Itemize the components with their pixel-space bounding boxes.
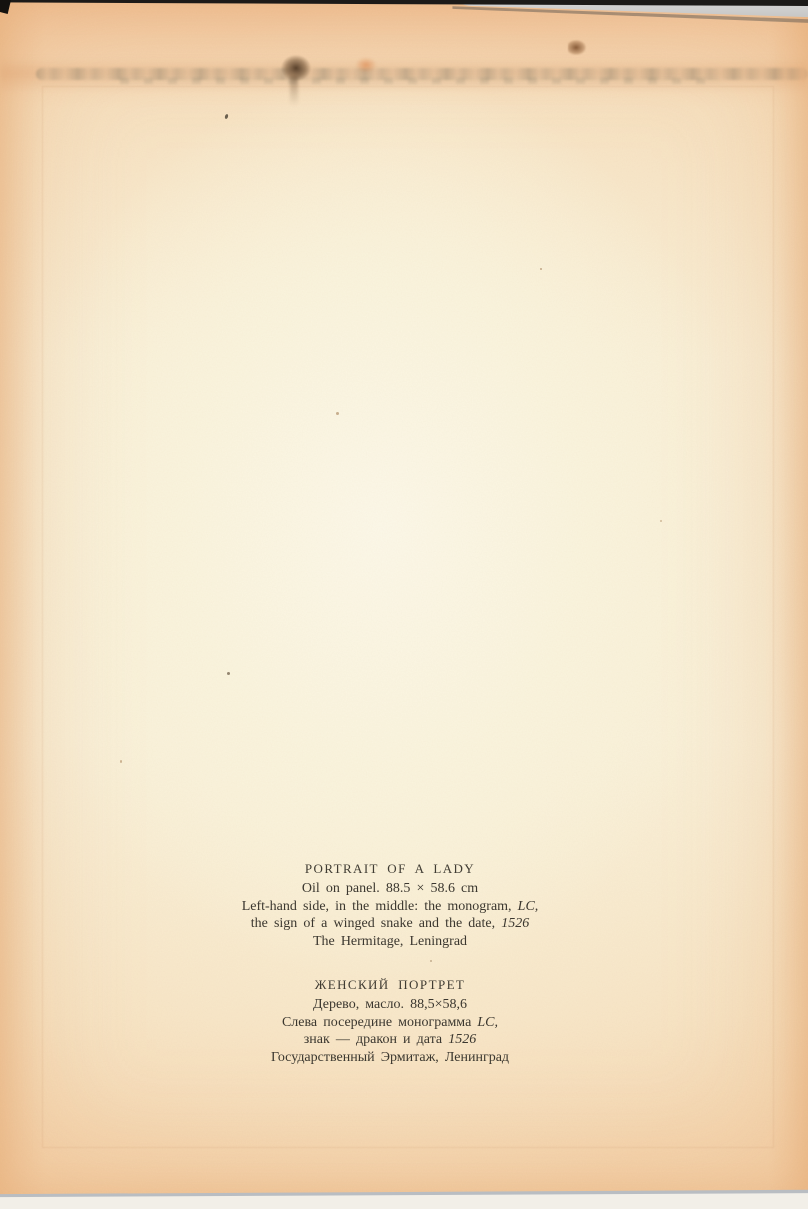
museum-line-english: The Hermitage, Leningrad <box>88 933 692 951</box>
inscription-line2-english: the sign of a winged snake and the date,… <box>88 915 692 933</box>
inscription-text: знак — дракон и дата <box>304 1032 448 1047</box>
museum-line-russian: Государственный Эрмитаж, Ленинград <box>88 1049 692 1067</box>
inscription-line1-russian: Слева посередине монограмма LC, <box>88 1014 692 1032</box>
inscription-text: Left-hand side, in the middle: the monog… <box>242 899 518 914</box>
caption-english: PORTRAIT OF A LADY Oil on panel. 88.5 × … <box>88 859 692 950</box>
artwork-title-russian: ЖЕНСКИЙ ПОРТРЕТ <box>88 975 692 994</box>
inscription-text: Слева посередине монограмма <box>282 1015 477 1030</box>
monogram-italic: LC, <box>518 899 539 914</box>
inscription-text: the sign of a winged snake and the date, <box>251 916 501 931</box>
top-smudge-band-secondary <box>120 78 720 84</box>
medium-line-russian: Дерево, масло. 88,5×58,6 <box>88 996 692 1014</box>
inscription-line1-english: Left-hand side, in the middle: the monog… <box>88 898 692 916</box>
inscription-line2-russian: знак — дракон и дата 1526 <box>88 1031 692 1049</box>
scanned-catalog-page: { "page": { "english_caption": { "title"… <box>0 0 808 1209</box>
date-italic: 1526 <box>501 916 529 931</box>
paper-speck <box>227 672 230 675</box>
rust-spot <box>355 57 377 73</box>
caption-russian: ЖЕНСКИЙ ПОРТРЕТ Дерево, масло. 88,5×58,6… <box>88 975 692 1066</box>
paper-speck <box>120 760 122 763</box>
paper-speck <box>660 520 662 522</box>
paper-left-shading <box>0 2 46 1196</box>
paper-speck <box>540 268 542 270</box>
ink-blot-drip <box>290 76 298 106</box>
foxing-spot <box>568 40 586 55</box>
artwork-title-english: PORTRAIT OF A LADY <box>88 859 692 878</box>
medium-line-english: Oil on panel. 88.5 × 58.6 cm <box>88 880 692 898</box>
date-italic: 1526 <box>448 1032 476 1047</box>
paper-right-shading <box>768 2 808 1196</box>
monogram-italic: LC, <box>477 1015 498 1030</box>
paper-speck <box>430 960 432 962</box>
paper-speck <box>336 412 339 415</box>
